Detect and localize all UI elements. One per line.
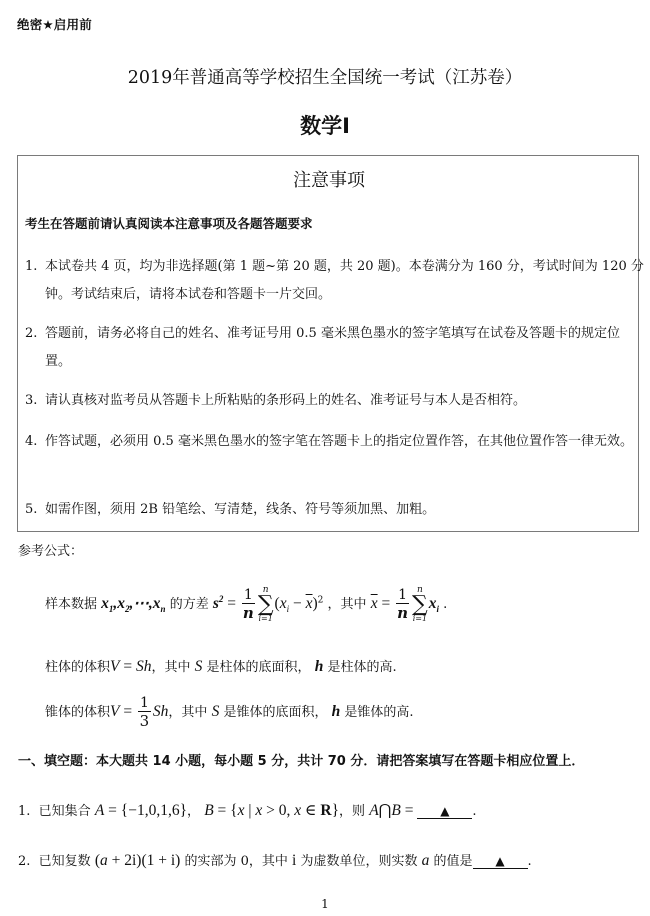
notice-item-2: 2.答题前，请务必将自己的姓名、准考证号用 0.5 毫米黑色墨水的签字笔填写在试… xyxy=(25,322,620,341)
formula-text: . xyxy=(443,597,447,612)
question-text: 为虚数单位，则实数 xyxy=(300,854,417,869)
item-text: 请认真核对监考员从答题卡上所粘贴的条形码上的姓名、准考证号与本人是否相符。 xyxy=(45,393,526,408)
answer-blank: ▲ xyxy=(417,804,472,819)
question-text: . xyxy=(472,804,476,819)
complex-expr: (a + 2i)(1 + i) xyxy=(95,852,181,869)
sum-icon: n∑i=1 xyxy=(412,586,428,623)
confidential-label: 绝密★启用前 xyxy=(17,15,92,33)
reference-formulas-label: 参考公式： xyxy=(18,540,83,559)
variable-a: a xyxy=(422,852,430,869)
section-heading: 一、填空题：本大题共 14 小题，每小题 5 分，共计 70 分．请把答案填写在… xyxy=(18,750,584,769)
item-number: 1. xyxy=(25,259,45,274)
question-text: 的实部为 0，其中 xyxy=(184,854,287,869)
exam-title: 2019年普通高等学校招生全国统一考试（江苏卷） xyxy=(0,64,650,89)
question-text: 已知复数 xyxy=(39,854,91,869)
fraction: 13 xyxy=(138,696,151,729)
mean-expr: x xyxy=(371,595,378,612)
item-number: 2. xyxy=(25,326,45,341)
sum-icon: n∑i=1 xyxy=(258,586,274,623)
sample-vars: x1,x2,⋯,xn xyxy=(101,595,165,612)
question-text: . xyxy=(528,854,532,869)
item-text: 本试卷共 4 页，均为非选择题(第 1 题~第 20 题，共 20 题)。本卷满… xyxy=(45,259,644,274)
notice-item-4: 4.作答试题，必须用 0.5 毫米黑色墨水的签字笔在答题卡上的指定位置作答，在其… xyxy=(25,430,633,449)
notice-item-2-cont: 置。 xyxy=(45,350,71,369)
imaginary-unit: i xyxy=(292,852,296,869)
question-text: ，则 xyxy=(339,804,365,819)
formula-text: 柱体的体积 xyxy=(45,660,110,675)
formula-text: 是柱体的高. xyxy=(327,660,396,675)
notice-intro: 考生在答题前请认真阅读本注意事项及各题答题要求 xyxy=(25,214,313,232)
notice-title: 注意事项 xyxy=(18,166,640,192)
formula-text: ，其中 xyxy=(328,597,367,612)
notice-item-3: 3.请认真核对监考员从答题卡上所粘贴的条形码上的姓名、准考证号与本人是否相符。 xyxy=(25,389,526,408)
formula-text: ，其中 xyxy=(151,660,190,675)
question-text: 的值是 xyxy=(434,854,473,869)
question-1: 1. 已知集合 A = {−1,0,1,6}， B = {x | x > 0, … xyxy=(18,800,476,820)
set-a: A xyxy=(95,802,104,819)
question-number: 2. xyxy=(18,854,30,869)
intersection-expr: A xyxy=(369,802,378,819)
formula-text: 是锥体的底面积， xyxy=(223,705,327,720)
set-b: B xyxy=(204,802,213,819)
question-text: 已知集合 xyxy=(39,804,91,819)
notice-box: 注意事项 考生在答题前请认真阅读本注意事项及各题答题要求 1.本试卷共 4 页，… xyxy=(17,155,639,532)
item-text: 作答试题，必须用 0.5 毫米黑色墨水的签字笔在答题卡上的指定位置作答，在其他位… xyxy=(45,434,633,449)
formula-text: 的方差 xyxy=(170,597,209,612)
formula-text: 是锥体的高. xyxy=(344,705,413,720)
formula-text: 是柱体的底面积， xyxy=(207,660,311,675)
notice-item-1-cont: 钟。考试结束后，请将本试卷和答题卡一片交回。 xyxy=(45,283,331,302)
item-number: 3. xyxy=(25,393,45,408)
item-number: 4. xyxy=(25,434,45,449)
answer-blank: ▲ xyxy=(473,854,528,869)
notice-item-1: 1.本试卷共 4 页，均为非选择题(第 1 题~第 20 题，共 20 题)。本… xyxy=(25,255,644,274)
notice-item-5: 5.如需作图，须用 2B 铅笔绘、写清楚，线条、符号等须加黑、加粗。 xyxy=(25,498,435,517)
variance-formula: 样本数据 x1,x2,⋯,xn 的方差 s2 = 1nn∑i=1(xi − x)… xyxy=(45,586,447,623)
formula-text: 样本数据 xyxy=(45,597,97,612)
page-number: 1 xyxy=(0,897,650,911)
item-text: 如需作图，须用 2B 铅笔绘、写清楚，线条、符号等须加黑、加粗。 xyxy=(45,502,435,517)
formula-text: 锥体的体积 xyxy=(45,705,110,720)
fraction: 1n xyxy=(396,588,409,621)
subject-title: 数学Ⅰ xyxy=(0,110,650,140)
prism-volume-formula: 柱体的体积V = Sh，其中 S 是柱体的底面积， h 是柱体的高. xyxy=(45,656,397,676)
question-text: ， xyxy=(187,804,200,819)
cone-volume-formula: 锥体的体积V = 13Sh，其中 S 是锥体的底面积， h 是锥体的高. xyxy=(45,696,414,729)
question-2: 2. 已知复数 (a + 2i)(1 + i) 的实部为 0，其中 i 为虚数单… xyxy=(18,850,532,870)
variance-expr: s2 xyxy=(213,595,224,612)
formula-text: ，其中 xyxy=(168,705,207,720)
question-number: 1. xyxy=(18,804,30,819)
item-text: 答题前，请务必将自己的姓名、准考证号用 0.5 毫米黑色墨水的签字笔填写在试卷及… xyxy=(45,326,620,341)
item-number: 5. xyxy=(25,502,45,517)
fraction: 1n xyxy=(242,588,255,621)
